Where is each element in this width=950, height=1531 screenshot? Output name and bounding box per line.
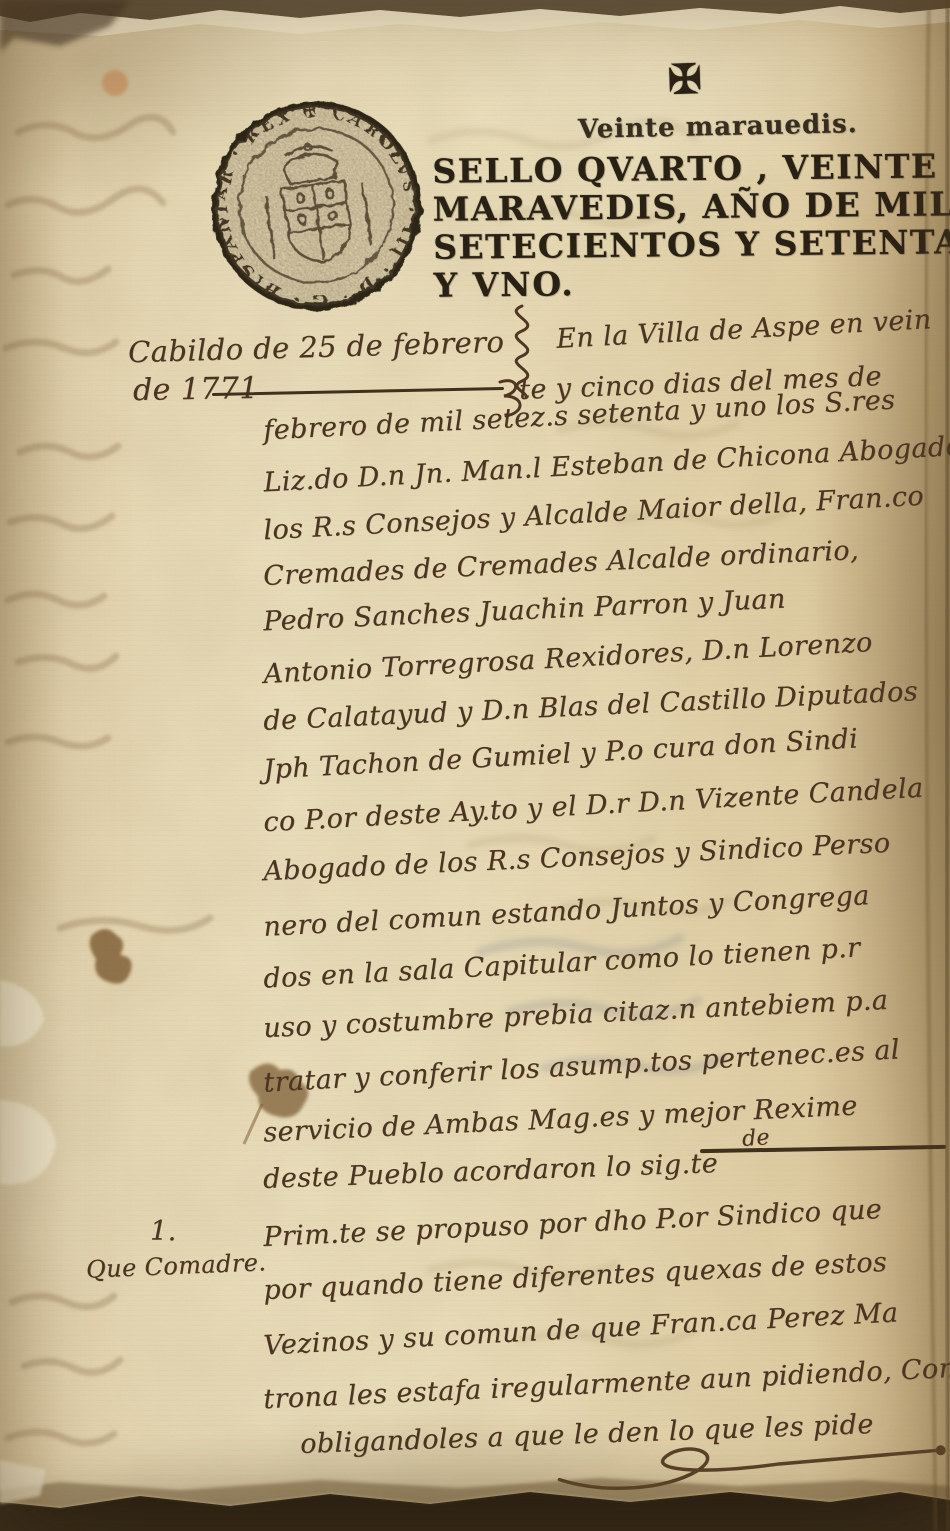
margin-session-date-line2: de 1771 (133, 371, 259, 408)
manuscript-page: ✠ CAROLVS · III · D · G · HISPANIAR · RE… (0, 0, 950, 1531)
margin-session-date-line1: Cabildo de 25 de febrero (128, 325, 505, 369)
body-line: tratar y conferir los asump.tos pertenec… (263, 1034, 901, 1098)
body-line: dos en la sala Capitular como lo tienen … (263, 932, 862, 994)
coat-of-arms (259, 138, 373, 269)
seal-legend: ✠ CAROLVS · III · D · G · HISPANIAR · RE… (186, 76, 433, 325)
body-line: uso y costumbre prebia citaz.n antebiem … (263, 985, 889, 1044)
body-line: trona les estafa iregularmente aun pidie… (263, 1352, 950, 1416)
margin-item-title: Que Comadre. (85, 1248, 266, 1284)
body-line: Pedro Sanches Juachin Parron y Juan (263, 584, 787, 638)
sello-line-4: Y VNO. (433, 261, 950, 305)
body-line: Vezinos y su comun de que Fran.ca Perez … (263, 1297, 899, 1361)
body-line: En la Villa de Aspe en vein (555, 304, 932, 355)
sello-block: SELLO QVARTO , VEINTE MARAVEDIS, AÑO DE … (432, 147, 950, 305)
sello-line-3: SETECIENTOS Y SETENTA (433, 223, 950, 267)
body-line: obligandoles a que le den lo que les pid… (300, 1409, 875, 1460)
body-line: nero del comun estando Juntos y Congrega (263, 880, 871, 943)
body-line: por quando tiene diferentes quexas de es… (263, 1247, 888, 1306)
maltese-cross-icon: ✠ (667, 55, 702, 103)
body-line: deste Pueblo acordaron lo sig.te (263, 1148, 719, 1195)
body-line: Antonio Torregrosa Rexidores, D.n Lorenz… (263, 627, 874, 690)
closing-dash-rule (700, 1145, 946, 1153)
margin-item-number: 1. (150, 1216, 177, 1247)
svg-text:✠ CAROLVS · III · D · G · HISP: ✠ CAROLVS · III · D · G · HISPANIAR · RE… (186, 76, 433, 325)
body-line: co P.or deste Ay.to y el D.r D.n Vizente… (263, 773, 925, 839)
denomination-line: Veinte marauedis. (578, 109, 858, 145)
body-line: Prim.te se propuso por dho P.or Sindico … (263, 1194, 883, 1253)
body-line: Abogado de los R.s Consejos y Sindico Pe… (263, 828, 891, 887)
royal-seal-stamp: ✠ CAROLVS · III · D · G · HISPANIAR · RE… (186, 76, 457, 347)
